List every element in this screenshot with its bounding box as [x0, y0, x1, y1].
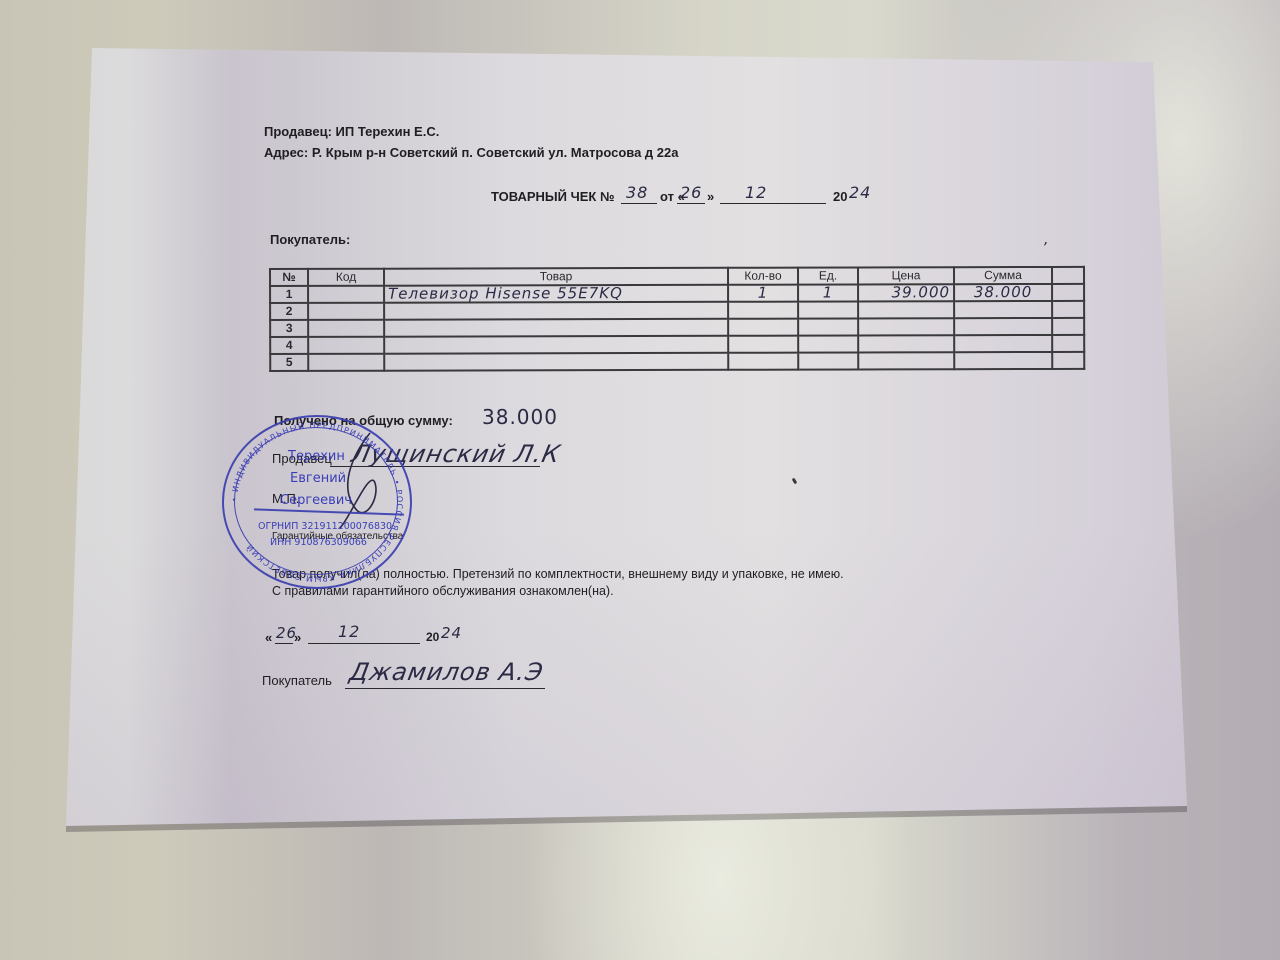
row-code	[308, 320, 384, 337]
row-code	[308, 354, 384, 371]
row-sum: 38.000	[954, 284, 1052, 301]
address-line: Адрес: Р. Крым р-н Советский п. Советски…	[264, 145, 678, 160]
table-row: 3	[270, 318, 1084, 337]
col-header-code: Код	[308, 269, 384, 286]
address-label: Адрес:	[264, 145, 308, 160]
footer-month: 12	[338, 622, 360, 641]
table-row: 1 Телевизор Hisense 55E7KQ 1 1 39.000 38…	[270, 284, 1084, 303]
row-unit	[798, 301, 858, 318]
receipt-month-underline	[720, 203, 826, 204]
col-header-sum: Сумма	[954, 267, 1052, 284]
footer-month-underline	[308, 643, 420, 644]
row-qty: 1	[728, 285, 798, 302]
row-extra	[1052, 284, 1084, 301]
col-header-number: №	[270, 269, 308, 286]
row-price	[858, 335, 954, 352]
row-item	[384, 319, 728, 337]
row-price: 39.000	[858, 284, 954, 301]
receipt-month: 12	[745, 183, 767, 202]
stamp-line-1: Терехин	[288, 449, 345, 464]
row-code	[308, 286, 384, 303]
receipt-day-close: »	[707, 189, 714, 204]
row-item	[384, 302, 728, 320]
col-header-price: Цена	[858, 267, 954, 284]
row-extra	[1052, 301, 1084, 318]
col-header-extra	[1052, 267, 1084, 284]
col-header-item: Товар	[384, 268, 728, 286]
buyer-signature-label: Покупатель	[262, 673, 332, 688]
seller-line: Продавец: ИП Терехин Е.С.	[264, 124, 439, 139]
table-row: 4	[270, 335, 1084, 354]
row-number: 4	[270, 337, 308, 354]
receipt-number-underline	[621, 203, 657, 204]
row-unit	[798, 335, 858, 352]
stamp-ogrnip: ОГРНИП 321911200076830	[258, 521, 392, 532]
footer-day-underline	[275, 643, 293, 644]
stamp-line-3: Сергеевич	[280, 493, 352, 508]
row-unit	[798, 352, 858, 369]
receipt-year-prefix: 20	[833, 189, 847, 204]
seller-label: Продавец:	[264, 124, 332, 139]
row-unit	[798, 318, 858, 335]
pen-mark: ,	[1044, 232, 1049, 248]
footer-year-suffix: 24	[441, 624, 462, 642]
row-price	[858, 352, 954, 369]
row-number: 1	[270, 286, 308, 303]
row-extra	[1052, 335, 1084, 352]
row-qty	[728, 353, 798, 370]
buyer-signature-underline	[345, 688, 545, 689]
row-number: 5	[270, 354, 308, 371]
sales-receipt-document: Продавец: ИП Терехин Е.С. Адрес: Р. Крым…	[0, 0, 1280, 960]
col-header-qty: Кол-во	[728, 268, 798, 285]
row-sum	[954, 335, 1052, 352]
table-row: 5	[270, 352, 1084, 371]
seller-stamp: • ИНДИВИДУАЛЬНЫЙ ПРЕДПРИНИМАТЕЛЬ • РОССИ…	[222, 415, 412, 589]
ink-speck	[792, 478, 798, 485]
total-value: 38.000	[482, 405, 558, 429]
row-item: Телевизор Hisense 55E7KQ	[384, 285, 728, 303]
receipt-day-underline	[677, 203, 705, 204]
col-header-unit: Ед.	[798, 267, 858, 284]
receipt-number: 38	[626, 183, 648, 202]
row-extra	[1052, 352, 1084, 369]
footer-date-close: »	[294, 630, 301, 645]
stamp-inn: ИНН 910876309066	[270, 537, 367, 548]
row-number: 3	[270, 320, 308, 337]
row-qty	[728, 319, 798, 336]
items-table: № Код Товар Кол-во Ед. Цена Сумма 1 Теле…	[269, 266, 1085, 372]
row-item	[384, 336, 728, 354]
row-price	[858, 301, 954, 318]
table-header-row: № Код Товар Кол-во Ед. Цена Сумма	[270, 267, 1084, 286]
buyer-label: Покупатель:	[270, 232, 350, 247]
footer-date-open: «	[265, 630, 272, 645]
table-row: 2	[270, 301, 1084, 320]
address-value: Р. Крым р-н Советский п. Советский ул. М…	[312, 145, 679, 160]
row-unit: 1	[798, 284, 858, 301]
row-sum	[954, 301, 1052, 318]
stamp-line-2: Евгений	[290, 471, 346, 486]
row-qty	[728, 302, 798, 319]
row-number: 2	[270, 303, 308, 320]
row-qty	[728, 336, 798, 353]
row-sum	[954, 352, 1052, 369]
receipt-year-suffix: 24	[849, 183, 871, 202]
footer-year-prefix: 20	[426, 630, 439, 644]
row-sum	[954, 318, 1052, 335]
row-extra	[1052, 318, 1084, 335]
buyer-signature: Джамилов А.Э	[348, 658, 546, 686]
row-code	[308, 303, 384, 320]
row-code	[308, 337, 384, 354]
receipt-title: ТОВАРНЫЙ ЧЕК №	[491, 189, 614, 204]
receipt-day: 26	[680, 183, 702, 202]
row-item	[384, 353, 728, 371]
seller-value: ИП Терехин Е.С.	[336, 124, 440, 139]
row-price	[858, 318, 954, 335]
